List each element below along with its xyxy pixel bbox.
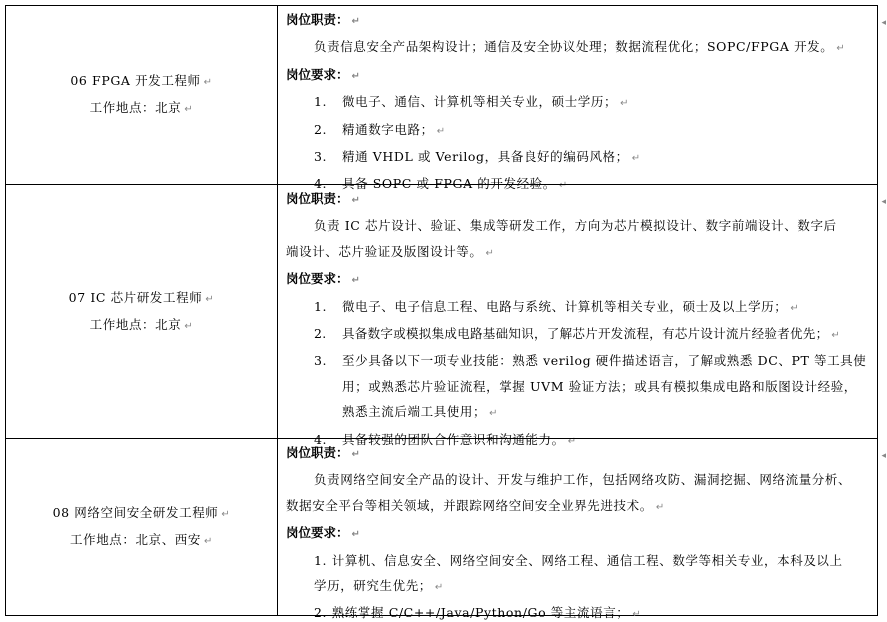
paragraph-mark-icon: ↵ bbox=[352, 449, 360, 460]
requirement-item: 1.微电子、电子信息工程、电路与系统、计算机等相关专业，硕士及以上学历；↵ bbox=[286, 294, 877, 321]
paragraph-mark-icon: ↵ bbox=[632, 153, 641, 164]
paragraph-mark-icon: ↵ bbox=[204, 77, 213, 88]
job-location: 工作地点：北京、西安↵ bbox=[70, 527, 213, 554]
requirements-heading: 岗位要求：↵ bbox=[286, 520, 877, 547]
paragraph-mark-icon: ↵ bbox=[184, 104, 193, 115]
job-location: 工作地点：北京↵ bbox=[90, 312, 194, 339]
job-title: 08 网络空间安全研发工程师↵ bbox=[53, 500, 231, 527]
job-title-cell: 06 FPGA 开发工程师↵ 工作地点：北京↵ bbox=[6, 6, 278, 184]
requirement-item: 1. 计算机、信息安全、网络空间安全、网络工程、通信工程、数学等相关专业，本科及… bbox=[286, 548, 877, 573]
paragraph-mark-icon: ↵ bbox=[489, 408, 498, 419]
paragraph-mark-icon: ↵ bbox=[486, 248, 495, 259]
duty-heading: 岗位职责：↵ bbox=[286, 440, 877, 467]
requirement-item: 2.精通数字电路；↵ bbox=[286, 117, 877, 144]
row-end-mark-icon: ◂ bbox=[881, 197, 886, 207]
duty-text: 负责信息安全产品架构设计；通信及安全协议处理；数据流程优化；SOPC/FPGA … bbox=[286, 34, 877, 61]
paragraph-mark-icon: ↵ bbox=[352, 195, 360, 206]
requirement-item: 1.微电子、通信、计算机等相关专业，硕士学历；↵ bbox=[286, 89, 877, 116]
paragraph-mark-icon: ↵ bbox=[205, 294, 214, 305]
job-title-cell: 08 网络空间安全研发工程师↵ 工作地点：北京、西安↵ bbox=[6, 439, 278, 615]
job-table: 06 FPGA 开发工程师↵ 工作地点：北京↵ 岗位职责：↵ 负责信息安全产品架… bbox=[5, 5, 878, 616]
requirement-item-continued: 用；或熟悉芯片验证流程，掌握 UVM 验证方法；或具有模拟集成电路和版图设计经验… bbox=[286, 374, 877, 399]
duty-text-continued: 数据安全平台等相关领域，并跟踪网络空间安全业界先进技术。↵ bbox=[286, 493, 877, 520]
paragraph-mark-icon: ↵ bbox=[435, 582, 444, 593]
duty-heading: 岗位职责：↵ bbox=[286, 186, 877, 213]
requirement-item-continued: 学历，研究生优先；↵ bbox=[286, 573, 877, 600]
requirement-item: 2.具备数字或模拟集成电路基础知识，了解芯片开发流程，有芯片设计流片经验者优先；… bbox=[286, 321, 877, 348]
job-row-07: 07 IC 芯片研发工程师↵ 工作地点：北京↵ 岗位职责：↵ 负责 IC 芯片设… bbox=[6, 184, 877, 438]
paragraph-mark-icon: ↵ bbox=[836, 43, 845, 54]
paragraph-mark-icon: ↵ bbox=[204, 536, 213, 547]
job-title-cell: 07 IC 芯片研发工程师↵ 工作地点：北京↵ bbox=[6, 185, 278, 438]
job-location: 工作地点：北京↵ bbox=[90, 95, 194, 122]
row-end-mark-icon: ◂ bbox=[881, 18, 886, 28]
job-row-06: 06 FPGA 开发工程师↵ 工作地点：北京↵ 岗位职责：↵ 负责信息安全产品架… bbox=[6, 6, 877, 184]
paragraph-mark-icon: ↵ bbox=[184, 321, 193, 332]
requirements-heading: 岗位要求：↵ bbox=[286, 62, 877, 89]
requirement-item: 2. 熟练掌握 C/C++/Java/Python/Go 等主流语言；↵ bbox=[286, 600, 877, 622]
paragraph-mark-icon: ↵ bbox=[352, 275, 360, 286]
paragraph-mark-icon: ↵ bbox=[437, 126, 446, 137]
paragraph-mark-icon: ↵ bbox=[221, 509, 230, 520]
job-title: 06 FPGA 开发工程师↵ bbox=[70, 68, 212, 95]
duty-text-continued: 端设计、芯片验证及版图设计等。↵ bbox=[286, 239, 877, 266]
paragraph-mark-icon: ↵ bbox=[620, 98, 629, 109]
paragraph-mark-icon: ↵ bbox=[352, 16, 360, 27]
paragraph-mark-icon: ↵ bbox=[831, 330, 840, 341]
duty-heading: 岗位职责：↵ bbox=[286, 7, 877, 34]
paragraph-mark-icon: ↵ bbox=[656, 502, 665, 513]
requirement-item: 3.至少具备以下一项专业技能：熟悉 verilog 硬件描述语言，了解或熟悉 D… bbox=[286, 348, 877, 373]
job-title: 07 IC 芯片研发工程师↵ bbox=[69, 285, 215, 312]
duty-text: 负责网络空间安全产品的设计、开发与维护工作，包括网络攻防、漏洞挖掘、网络流量分析… bbox=[286, 467, 877, 492]
paragraph-mark-icon: ↵ bbox=[352, 529, 360, 540]
job-row-08: 08 网络空间安全研发工程师↵ 工作地点：北京、西安↵ 岗位职责：↵ 负责网络空… bbox=[6, 438, 877, 615]
requirements-heading: 岗位要求：↵ bbox=[286, 266, 877, 293]
requirement-item: 3.精通 VHDL 或 Verilog，具备良好的编码风格；↵ bbox=[286, 144, 877, 171]
row-end-mark-icon: ◂ bbox=[881, 451, 886, 461]
requirement-item-continued: 熟悉主流后端工具使用；↵ bbox=[286, 399, 877, 426]
paragraph-mark-icon: ↵ bbox=[790, 303, 799, 314]
job-detail-cell: 岗位职责：↵ 负责网络空间安全产品的设计、开发与维护工作，包括网络攻防、漏洞挖掘… bbox=[278, 439, 877, 615]
duty-text: 负责 IC 芯片设计、验证、集成等研发工作，方向为芯片模拟设计、数字前端设计、数… bbox=[286, 213, 877, 238]
job-detail-cell: 岗位职责：↵ 负责 IC 芯片设计、验证、集成等研发工作，方向为芯片模拟设计、数… bbox=[278, 185, 877, 438]
job-detail-cell: 岗位职责：↵ 负责信息安全产品架构设计；通信及安全协议处理；数据流程优化；SOP… bbox=[278, 6, 877, 184]
paragraph-mark-icon: ↵ bbox=[352, 71, 360, 82]
paragraph-mark-icon: ↵ bbox=[632, 609, 641, 620]
